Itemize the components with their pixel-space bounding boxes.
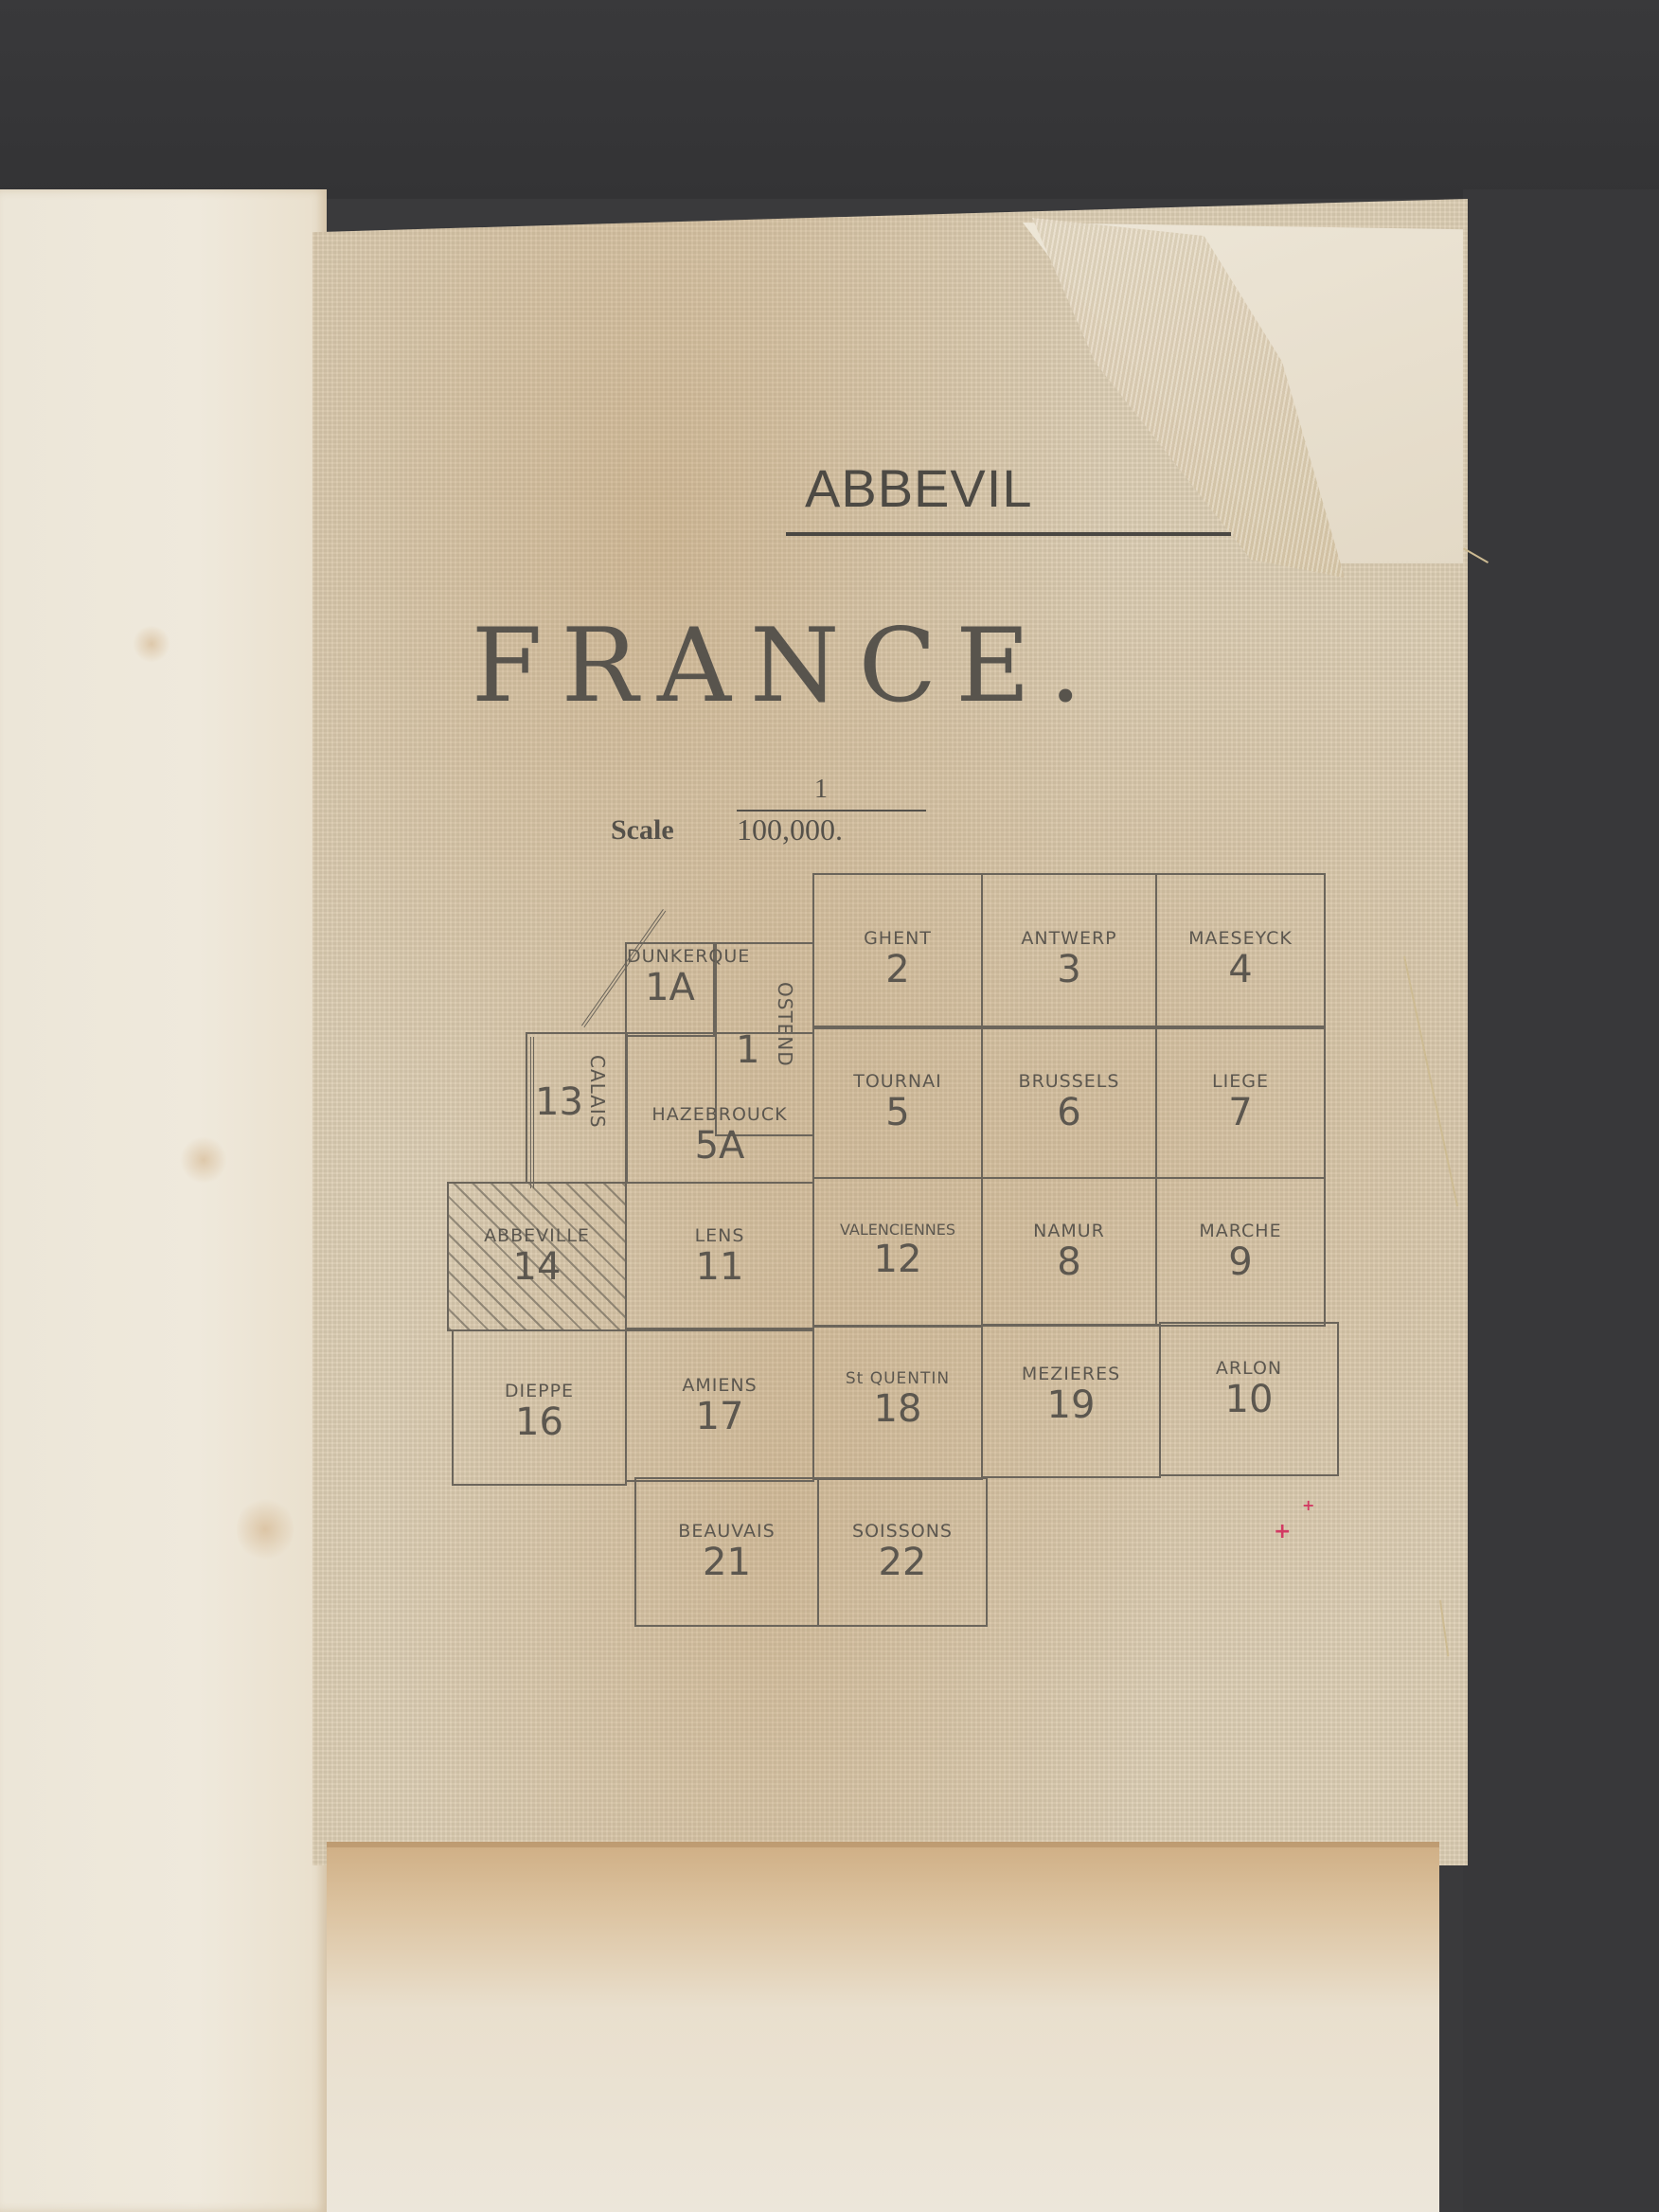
sheet-cell: LENS 11 <box>625 1182 814 1331</box>
left-folded-panel <box>0 189 327 2212</box>
sheet-cell: MAESEYCK 4 <box>1155 873 1326 1027</box>
sheet-cell: HAZEBROUCK 5A <box>625 1032 814 1184</box>
sheet-cell: BEAUVAIS 21 <box>634 1477 819 1627</box>
scale-fraction-bar <box>737 810 926 812</box>
map-title: FRANCE. <box>445 615 1127 718</box>
sheet-cell: DIEPPE 16 <box>452 1329 627 1486</box>
sheet-cell: GHENT 2 <box>812 873 983 1027</box>
scale-numerator: 1 <box>814 775 828 805</box>
sheet-name-stamp: ABBEVIL <box>805 462 1259 515</box>
scale-denominator: 100,000. <box>737 812 843 847</box>
sheet-cell: TOURNAI 5 <box>812 1027 983 1179</box>
sheet-cell: ANTWERP 3 <box>981 873 1157 1027</box>
sheet-cell: BRUSSELS 6 <box>981 1027 1157 1179</box>
sheet-cell: ARLON 10 <box>1159 1322 1339 1476</box>
sheet-cell: CALAIS 13 <box>526 1032 628 1184</box>
scale-label: Scale <box>611 814 674 847</box>
sheet-cell: DUNKERQUE 1A <box>625 942 715 1037</box>
sheet-cell: NAMUR 8 <box>981 1177 1157 1327</box>
stain <box>237 1496 294 1562</box>
dark-background-right <box>1463 189 1659 2212</box>
sheet-cell: VALENCIENNES 12 <box>812 1177 983 1327</box>
fold-crease <box>327 1842 1439 1847</box>
sheet-cell: AMIENS 17 <box>625 1328 814 1482</box>
sheet-cell: SOISSONS 22 <box>817 1477 988 1627</box>
sheet-cell-highlighted: ABBEVILLE 14 <box>447 1182 627 1331</box>
sheet-cell: MEZIERES 19 <box>981 1324 1161 1478</box>
coastline <box>530 1037 534 1188</box>
pink-ink-mark: + <box>1302 1496 1314 1514</box>
bottom-folded-panel <box>327 1842 1439 2212</box>
stamp-underline <box>786 532 1231 536</box>
dark-background-top <box>0 0 1659 199</box>
sheet-cell: MARCHE 9 <box>1155 1177 1326 1327</box>
stain <box>133 625 170 663</box>
sheet-cell: St QUENTIN 18 <box>812 1326 983 1480</box>
stain <box>180 1136 227 1184</box>
pink-ink-mark: + <box>1274 1520 1291 1543</box>
sheet-cell: LIEGE 7 <box>1155 1027 1326 1179</box>
